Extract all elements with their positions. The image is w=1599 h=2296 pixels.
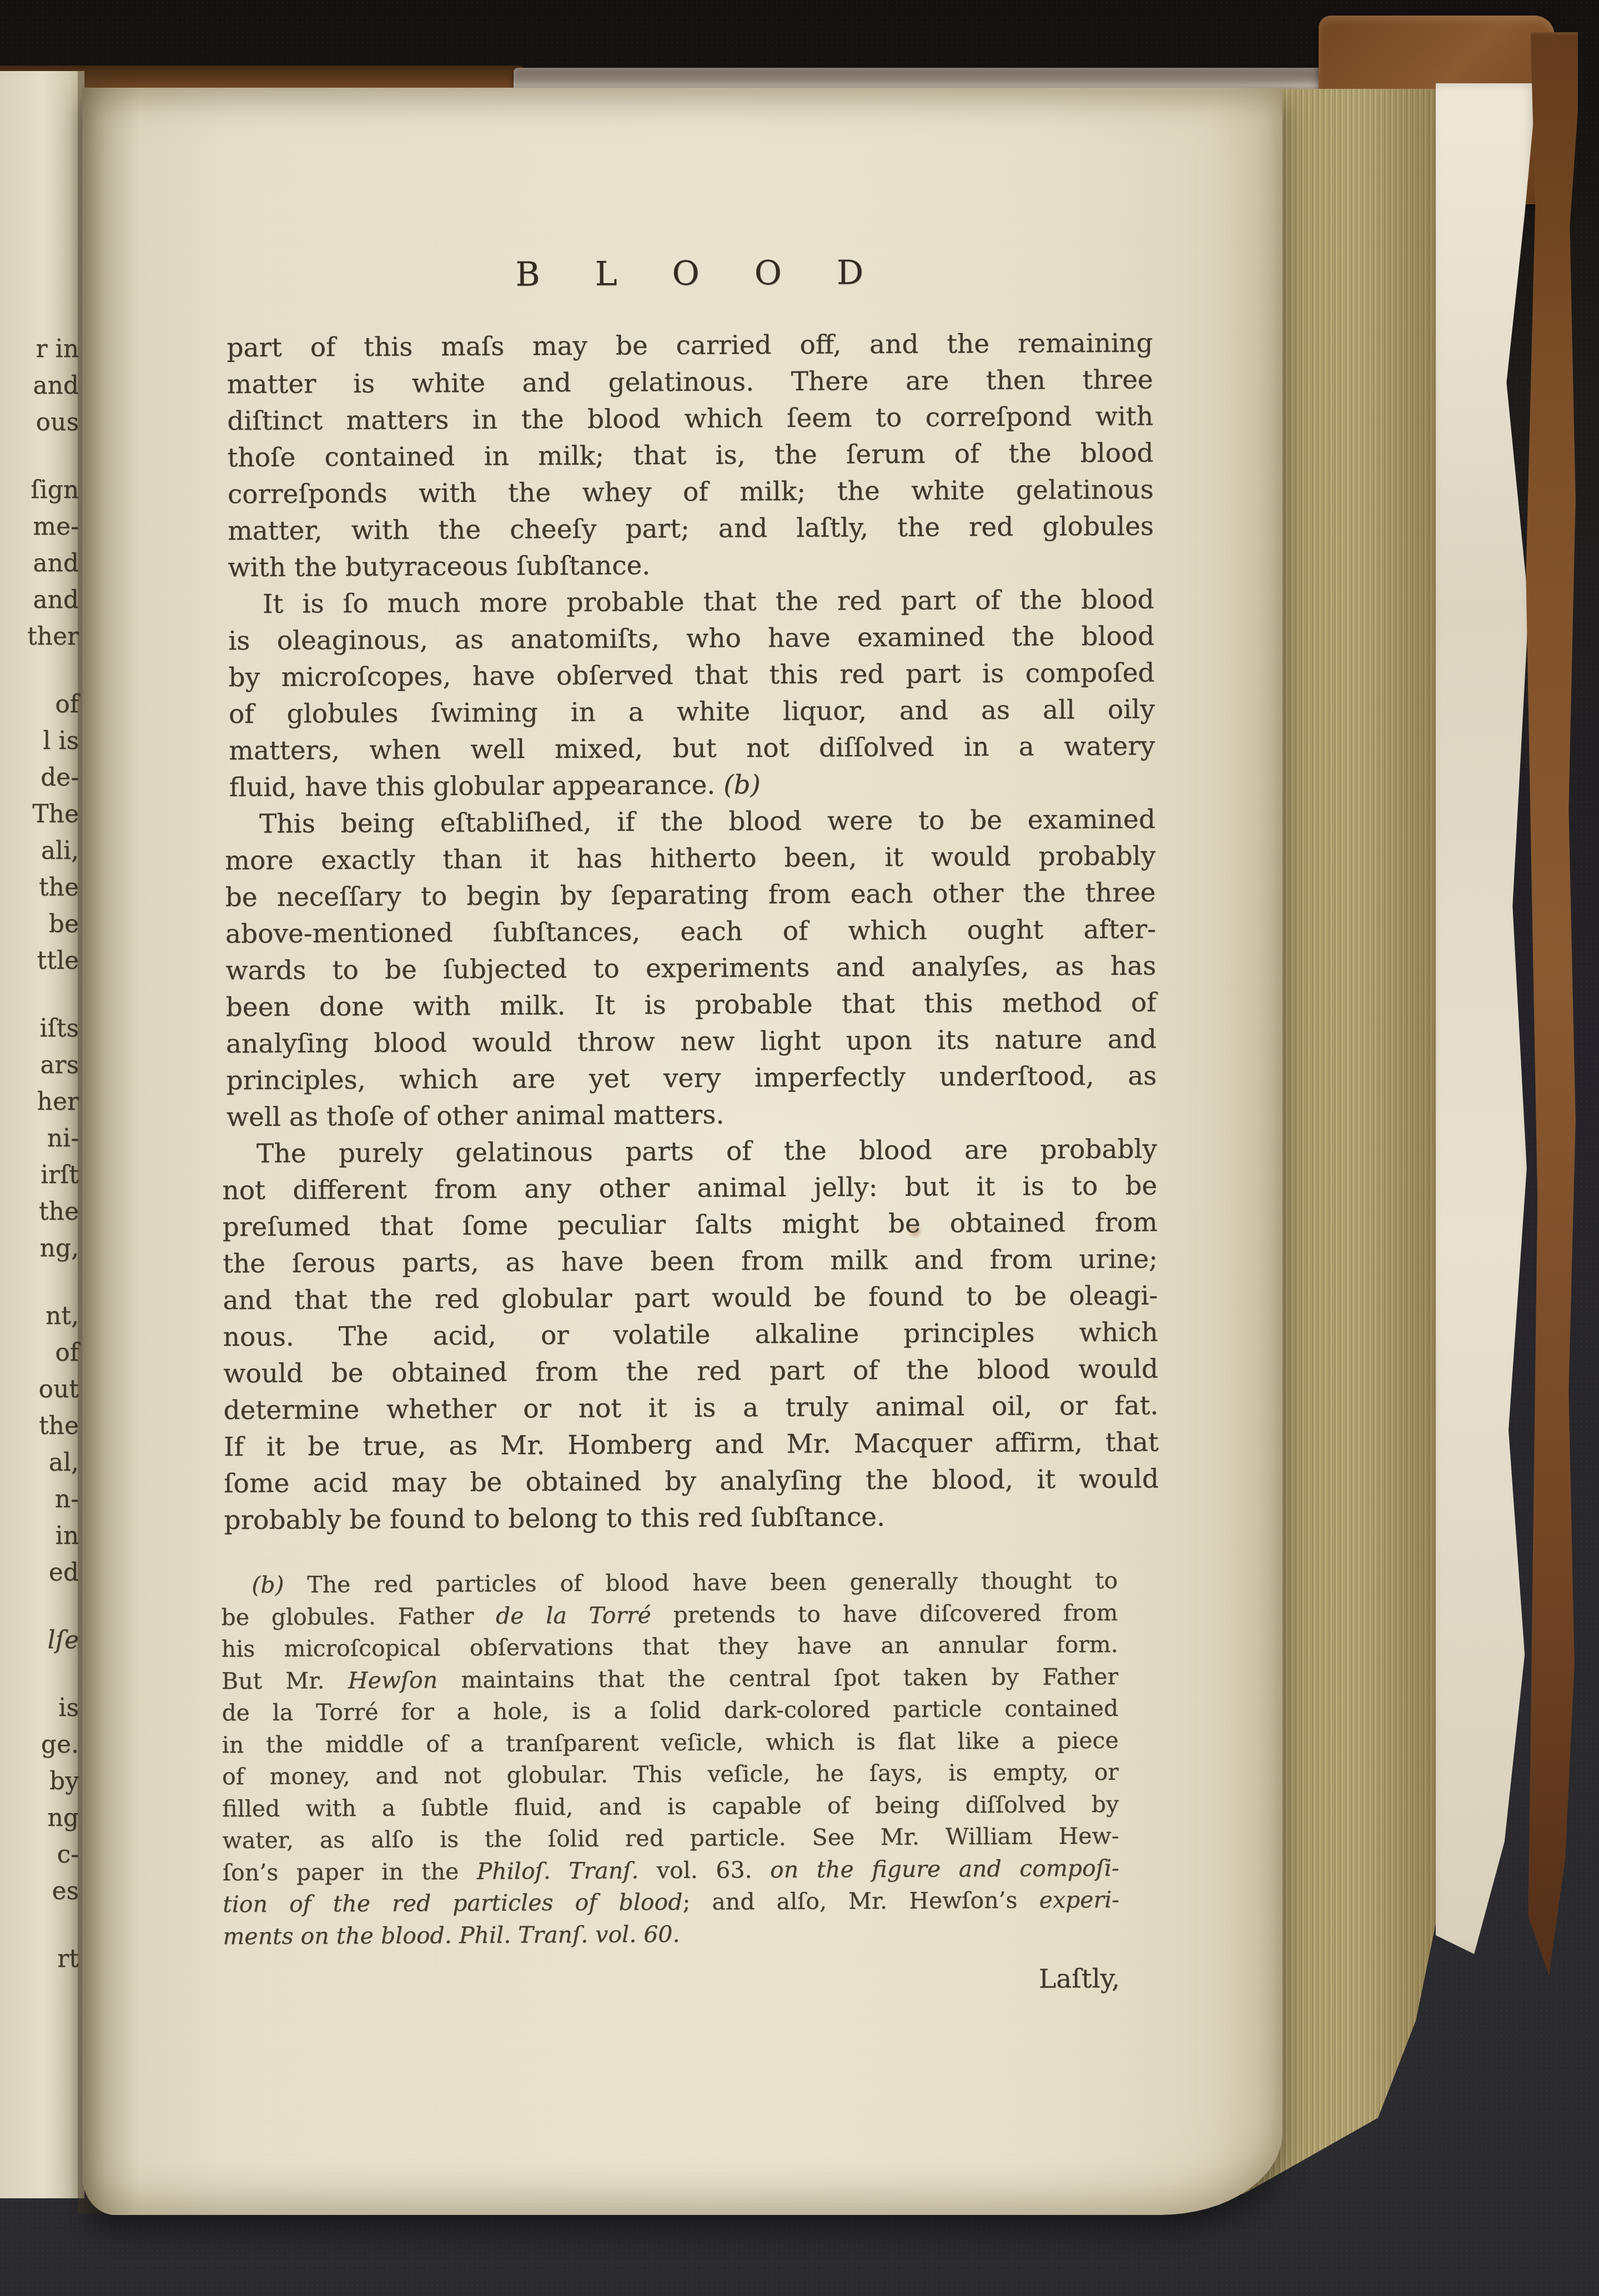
text-line: be neceſſary to begin by ſeparating from… (225, 875, 1155, 917)
text-fragment: n- (0, 1481, 84, 1518)
text-line: above-mentioned ſubſtances, each of whic… (225, 912, 1156, 953)
text-fragment: by (0, 1763, 84, 1800)
text-line: water, as alſo is the ſolid red particle… (222, 1820, 1119, 1857)
text-fragment: r in (0, 331, 84, 367)
text-line: well as thoſe of other animal matters. (227, 1095, 1157, 1136)
facing-page-edge: r inandousſignme-andandtherofl isde-Thea… (0, 71, 84, 2198)
text-line: The purely gelatinous parts of the blood… (222, 1131, 1157, 1173)
paragraph: This being eſtabliſhed, if the blood wer… (225, 802, 1157, 1136)
text-line: part of this maſs may be carried off, an… (227, 325, 1153, 367)
book-photo: r inandousſignme-andandtherofl isde-Thea… (0, 0, 1599, 2296)
text-line: de la Torré for a hole, is a ſolid dark-… (222, 1693, 1118, 1729)
text-line: by microſcopes, have obſerved that this … (228, 655, 1154, 697)
fragment-gap (0, 655, 84, 686)
text-line: in the middle of a tranſparent veſicle, … (222, 1724, 1118, 1761)
text-fragment: The (0, 796, 84, 833)
text-fragment: lſe (0, 1622, 84, 1659)
text-fragment: is (0, 1690, 84, 1726)
text-line: matter, with the cheeſy part; and laſtly… (228, 508, 1154, 550)
text-line: with the butyraceous ſubſtance. (228, 545, 1154, 587)
text-fragment: es (0, 1873, 84, 1910)
main-text: part of this maſs may be carried off, an… (227, 325, 1159, 1539)
fragment-gap (0, 1659, 84, 1690)
binding-leather-edge (1520, 32, 1578, 1975)
text-line: of money, and not globular. This veſicle… (222, 1756, 1119, 1793)
text-fragment: l is (0, 723, 84, 759)
text-fragment: in (0, 1518, 84, 1554)
text-line: thoſe contained in milk; that is, the ſe… (227, 435, 1153, 477)
text-line: correſponds with the whey of milk; the w… (228, 472, 1154, 513)
text-fragment: ſign (0, 472, 84, 508)
text-line: filled with a ſubtle fluid, and is capab… (222, 1788, 1119, 1825)
text-fragment: de- (0, 759, 84, 796)
text-line: But Mr. Hewſon maintains that the centra… (222, 1660, 1118, 1697)
text-fragment: ng, (0, 1230, 84, 1267)
text-fragment: ali, (0, 833, 84, 869)
text-line: preſumed that ſome peculiar ſalts might … (223, 1205, 1158, 1246)
text-fragment: be (0, 906, 84, 943)
text-line: would be obtained from the red part of t… (223, 1351, 1158, 1393)
text-line: his microſcopical obſervations that they… (222, 1629, 1118, 1665)
text-fragment: the (0, 1408, 84, 1444)
text-line: matter is white and gelatinous. There ar… (227, 362, 1153, 404)
text-fragment: c- (0, 1836, 84, 1873)
text-line: been done with milk. It is probable that… (225, 985, 1156, 1026)
italic-text: on the figure and compoſi- (770, 1854, 1119, 1882)
text-fragment: out (0, 1371, 84, 1408)
italic-text: (b) (723, 769, 761, 800)
text-line: matters, when well mixed, but not diſſol… (229, 728, 1155, 770)
text-line: is oleaginous, as anatomiſts, who have e… (228, 618, 1154, 660)
page-text-layer: B L O O D part of this maſs may be carri… (80, 84, 1291, 2218)
fragment-gap (0, 441, 84, 472)
italic-text: ments on the blood. Phil. Tranſ. vol. 60… (223, 1921, 680, 1950)
text-fragment: of (0, 1335, 84, 1371)
page-heading: B L O O D (227, 252, 1153, 296)
text-fragment: rt (0, 1941, 84, 1977)
text-line: wards to be ſubjected to experiments and… (225, 948, 1156, 990)
text-fragment: nt, (0, 1298, 84, 1335)
text-fragment: her (0, 1084, 84, 1120)
italic-text: tion of the red particles of blood (223, 1889, 683, 1917)
text-line: and that the red globular part would be … (223, 1278, 1158, 1320)
text-fragment: irſt (0, 1157, 84, 1194)
text-line: ſome acid may be obtained by analyſing t… (224, 1461, 1159, 1503)
paragraph: The purely gelatinous parts of the blood… (222, 1131, 1159, 1539)
text-line: tion of the red particles of blood; and … (223, 1884, 1119, 1921)
text-fragment: ars (0, 1047, 84, 1084)
text-fragment: ttle (0, 943, 84, 979)
text-line: diſtinct matters in the blood which ſeem… (227, 399, 1153, 440)
italic-text: Philoſ. Tranſ. (477, 1857, 639, 1885)
fragment-gap (0, 1910, 84, 1941)
text-fragment: me- (0, 508, 84, 545)
text-line: analyſing blood would throw new light up… (226, 1021, 1156, 1063)
catchword: Laſtly, (223, 1961, 1120, 2002)
text-line: It is ſo much more probable that the red… (228, 582, 1154, 623)
text-line: of globules ſwiming in a white liquor, a… (229, 692, 1155, 733)
text-fragment: ng (0, 1800, 84, 1836)
text-line: nous. The acid, or volatile alkaline pri… (223, 1315, 1158, 1356)
text-fragment: and (0, 367, 84, 404)
text-line: principles, which are yet very imperfect… (226, 1058, 1156, 1100)
paragraph: It is ſo much more probable that the red… (228, 582, 1155, 807)
text-line: not different from any other animal jell… (222, 1168, 1157, 1210)
text-line: determine whether or not it is a truly a… (223, 1388, 1158, 1429)
text-fragment: ther (0, 618, 84, 655)
text-line: (b) The red particles of blood have been… (221, 1565, 1118, 1602)
text-line: ments on the blood. Phil. Tranſ. vol. 60… (223, 1916, 1119, 1952)
text-fragment: ni- (0, 1120, 84, 1157)
endpaper-strip (1436, 83, 1537, 1954)
facing-page-text-fragments: r inandousſignme-andandtherofl isde-Thea… (0, 331, 84, 1977)
italic-text: Hewſon (348, 1666, 438, 1694)
text-line: the ſerous parts, as have been from milk… (223, 1241, 1158, 1283)
text-fragment: of (0, 686, 84, 723)
text-fragment: ous (0, 404, 84, 441)
text-fragment: ge. (0, 1726, 84, 1763)
text-fragment: ed (0, 1554, 84, 1591)
text-line: ſon’s paper in the Philoſ. Tranſ. vol. 6… (223, 1852, 1119, 1889)
footnote: (b) The red particles of blood have been… (221, 1565, 1120, 1952)
text-line: This being eſtabliſhed, if the blood wer… (225, 802, 1155, 843)
text-fragment: and (0, 582, 84, 618)
text-line: fluid, have this globular appearance. (b… (229, 765, 1155, 807)
text-line: probably be found to belong to this red … (224, 1498, 1159, 1539)
italic-text: (b) (252, 1572, 284, 1598)
text-fragment: the (0, 869, 84, 906)
fragment-gap (0, 1267, 84, 1298)
book-page: B L O O D part of this maſs may be carri… (82, 88, 1283, 2215)
text-fragment: iſts (0, 1010, 84, 1047)
text-fragment: al, (0, 1444, 84, 1481)
fragment-gap (0, 979, 84, 1010)
text-line: more exactly than it has hitherto been, … (225, 838, 1155, 880)
text-line: If it be true, as Mr. Homberg and Mr. Ma… (224, 1424, 1159, 1466)
paragraph: part of this maſs may be carried off, an… (227, 325, 1154, 587)
text-fragment: the (0, 1194, 84, 1230)
text-line: be globules. Father de la Torré pretends… (221, 1597, 1118, 1633)
fragment-gap (0, 1591, 84, 1622)
text-fragment: and (0, 545, 84, 582)
italic-text: experi- (1039, 1886, 1119, 1914)
italic-text: de la Torré (496, 1602, 651, 1629)
